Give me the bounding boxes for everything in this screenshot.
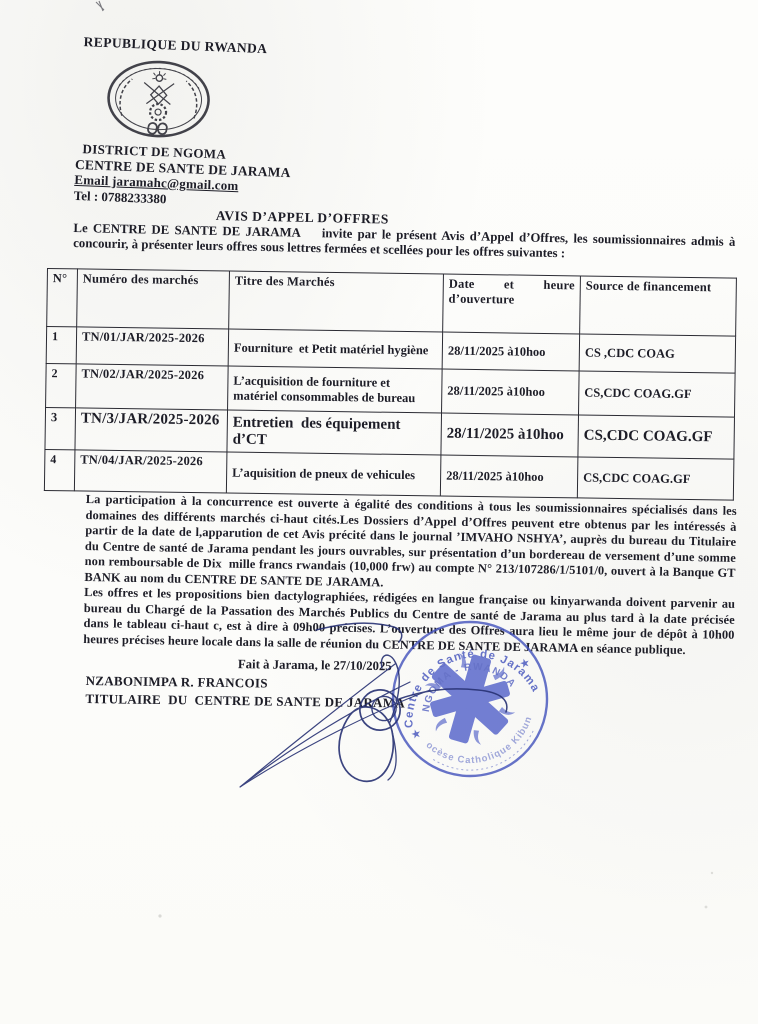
scan-speck bbox=[705, 906, 708, 909]
col-header-date: Date et heure d’ouverture bbox=[443, 274, 581, 334]
body-paragraph-1: La participation à la concurrence est ou… bbox=[84, 492, 737, 597]
col-header-source: Source de financement bbox=[580, 276, 737, 336]
body-text: La participation à la concurrence est ou… bbox=[83, 492, 737, 659]
signature-block: Fait à Jarama, le 27/10/2025 NZABONIMPA … bbox=[85, 654, 646, 715]
scan-speck bbox=[711, 872, 713, 874]
letterhead: REPUBLIQUE DU RWANDA bbox=[74, 34, 360, 214]
col-header-numero: Numéro des marchés bbox=[77, 269, 230, 329]
body-paragraph-2: Les offres et les propositions bien dact… bbox=[83, 585, 735, 659]
col-header-titre: Titre des Marchés bbox=[229, 271, 444, 332]
stamp-star-left: ★ bbox=[410, 728, 422, 741]
table-header-row: N° Numéro des marchés Titre des Marchés … bbox=[47, 269, 737, 337]
rwanda-coat-of-arms-icon bbox=[104, 57, 213, 141]
tender-table: N° Numéro des marchés Titre des Marchés … bbox=[44, 268, 737, 501]
notice-section: AVIS D’APPEL D’OFFRES Le CENTRE DE SANTE… bbox=[73, 205, 736, 265]
col-header-no: N° bbox=[47, 269, 78, 327]
country-title: REPUBLIQUE DU RWANDA bbox=[83, 34, 359, 60]
scanned-document-page: REPUBLIQUE DU RWANDA bbox=[0, 0, 758, 1024]
pen-mark bbox=[96, 1, 104, 11]
scan-speck bbox=[158, 914, 161, 917]
